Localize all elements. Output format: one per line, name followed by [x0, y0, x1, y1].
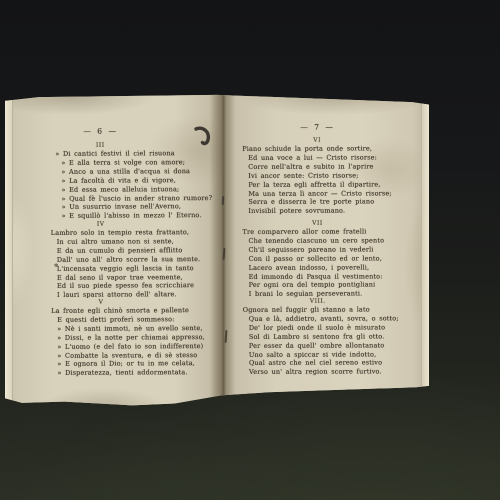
stanza: Lambro solo in tempio resta frattanto, I… [51, 228, 201, 300]
stanza: La fronte egli chinò smorta e pallente E… [51, 306, 205, 378]
verse-line: Lambro solo in tempio resta frattanto, [51, 228, 201, 238]
verse-line: » Anco a una stilla d'acqua si dona [55, 167, 212, 177]
verse-line: L'incensata veggio egli lascia in tanto [51, 264, 201, 274]
verse-line: De' lor piedi onde il suolo è misurato [243, 323, 399, 332]
verse-line: E da un cumulo di pensieri afflitto [51, 246, 201, 256]
verse-line: Tre comparvero allor come fratelli [242, 227, 384, 236]
page-number-right: — 7 — [252, 122, 382, 131]
verse-line: Con il passo or sollecito ed or lento, [243, 254, 385, 263]
verse-line: Ed una voce a lui — Cristo risorse: [242, 153, 391, 162]
stanza: Ognora nel fuggir gli stanno a lato Qua … [243, 305, 399, 377]
verse-line: Qua e là, addietro, avanti, sovra, o sot… [243, 314, 399, 323]
verse-line: Che tenendo ciascuno un cero spento [242, 236, 384, 245]
left-page-content: — 6 — III » Di cantici festivi il ciel r… [5, 93, 429, 95]
photo-of-open-book: ✻ — 6 — III » Di cantici festivi il ciel… [0, 0, 500, 500]
verse-line: Piano schiude la porta onde sortire, [242, 144, 391, 153]
stanza-numeral: VIII. [253, 297, 383, 304]
page-number-left: — 6 — [35, 126, 165, 136]
stanza: Piano schiude la porta onde sortire, Ed … [242, 144, 392, 216]
verse-line: » L'uomo (e del fato io son indifferente… [51, 342, 205, 352]
verse-line: Corre nell'altra e subito in l'aprire [242, 162, 391, 171]
page-stack-edge-right [421, 94, 429, 406]
verse-line: Lacero avean indosso, i poverelli, [243, 263, 385, 272]
verse-line: » Dissi, e la notte per chiamai appresso… [51, 333, 205, 343]
stanza-numeral: IV [36, 220, 166, 228]
right-page-content: — 7 — VI Piano schiude la porta onde sor… [5, 93, 429, 94]
stanza-numeral: V [36, 298, 166, 306]
verse-line: Ch'il seguissero pareano in vederli [243, 245, 385, 254]
verse-line: Per esser da quell' ombre allontanato [243, 341, 399, 350]
verse-line: Per la terza egli affretta il dipartire, [242, 180, 391, 189]
stanza-numeral: VII [252, 219, 382, 226]
stanza-numeral: VI [252, 136, 382, 143]
stanza-numeral: III [35, 141, 165, 149]
verse-line: Dall' uno all' altro scorre la sua mente… [51, 255, 201, 265]
stanza: Tre comparvero allor come fratelli Che t… [242, 227, 384, 299]
verse-line: Invisibil potere sovrumano. [242, 207, 391, 216]
verse-line: » Disperatezza, tienti addormentata. [51, 368, 205, 378]
verse-line: » Nè i santi immoti, nè un avello sente, [51, 324, 205, 334]
page-stack-edge-left [5, 94, 13, 406]
verse-line: La fronte egli chinò smorta e pallente [51, 306, 205, 316]
open-book: ✻ — 6 — III » Di cantici festivi il ciel… [5, 94, 429, 406]
verse-line: Verso un' altra region scorre furtivo. [243, 368, 399, 377]
verse-line: Sol di Lambro si sentono fra gli otto. [243, 332, 399, 341]
stanza: » Di cantici festivi il ciel risuona » E… [55, 149, 212, 221]
